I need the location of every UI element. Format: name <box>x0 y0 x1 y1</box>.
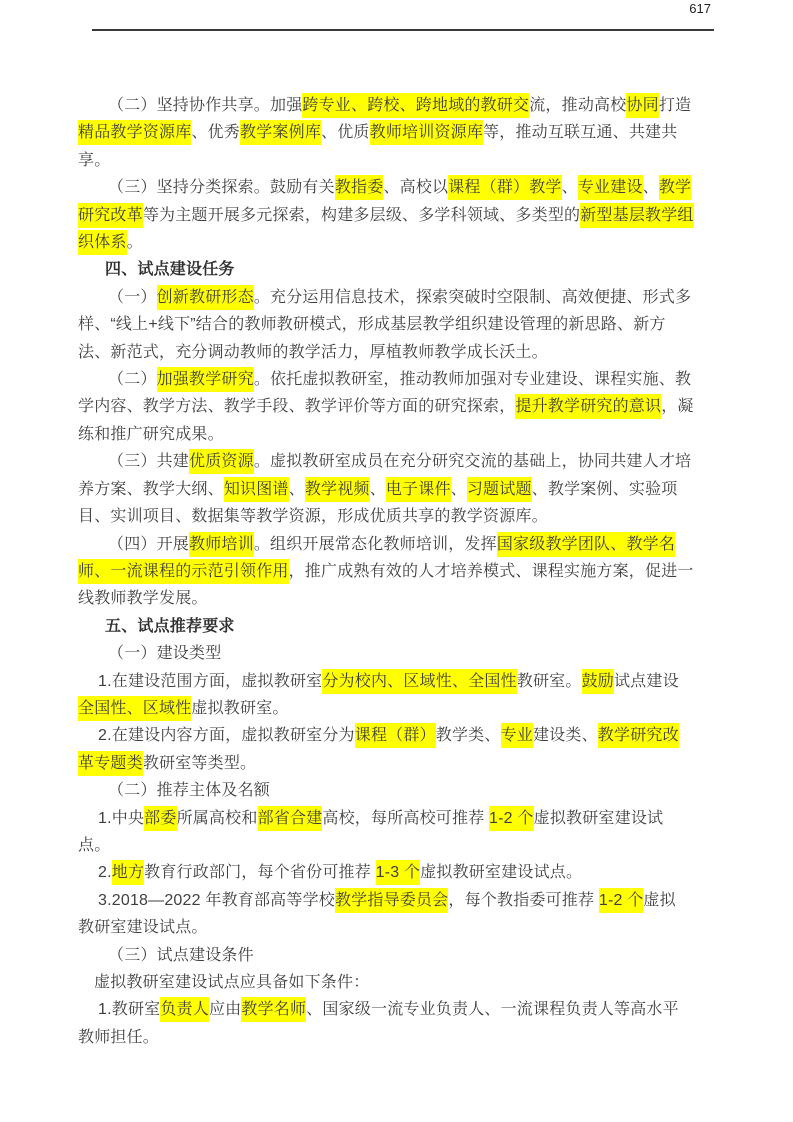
text-line: 目、实训项目、数据集等教学资源，形成优质共享的教学资源库。 <box>78 503 718 530</box>
highlighted-text: 织体系 <box>78 230 127 255</box>
highlighted-text: 跨专业、跨校、跨地域的教研交 <box>302 93 529 118</box>
text-segment: 1.教研室 <box>98 1001 160 1018</box>
text-segment: 教研室。 <box>517 673 582 690</box>
text-segment: 样、“线上+线下”结合的教师教研模式，形成基层教学组织建设管理的新思路、新方 <box>78 316 666 333</box>
highlighted-text: 全国性、区域性 <box>78 696 191 721</box>
text-segment: 、 <box>370 481 386 498</box>
highlighted-text: 1-3 个 <box>376 860 421 885</box>
text-line: 线教师教学发展。 <box>78 585 718 612</box>
text-segment: 3.2018—2022 年教育部高等学校 <box>98 892 335 909</box>
text-segment: 。组织开展常态化教师培训，发挥 <box>254 536 497 553</box>
highlighted-text: 教师培训 <box>189 532 254 557</box>
text-line: 法、新范式，充分调动教师的教学活力，厚植教师教学成长沃土。 <box>78 339 718 366</box>
text-segment: 虚拟教研室建设试点。 <box>420 864 582 881</box>
text-segment: 教研室建设试点。 <box>78 919 208 936</box>
highlighted-text: 教学案例库 <box>240 120 321 145</box>
text-segment: 高校，每所高校可推荐 <box>322 810 489 827</box>
highlighted-text: 地方 <box>112 860 144 885</box>
text-segment: 、 <box>289 481 305 498</box>
text-segment: 教师担任。 <box>78 1029 159 1046</box>
text-segment: 2. <box>98 864 112 881</box>
highlighted-text: 教学研究改 <box>598 723 679 748</box>
highlighted-text: 教学 <box>659 175 691 200</box>
section-heading: 五、试点推荐要求 <box>78 613 718 640</box>
highlighted-text: 部省合建 <box>258 806 323 831</box>
text-line: （一）建设类型 <box>78 640 718 667</box>
text-segment: ，推广成熟有效的人才培养模式、课程实施方案，促进一 <box>289 563 694 580</box>
highlighted-text: 师、一流课程的示范引领作用 <box>78 559 289 584</box>
text-segment: 四、试点建设任务 <box>105 261 235 278</box>
highlighted-text: 革专题类 <box>78 751 143 776</box>
text-line: 1.教研室负责人应由教学名师、国家级一流专业负责人、一流课程负责人等高水平 <box>78 996 718 1023</box>
text-segment: 线教师教学发展。 <box>78 590 208 607</box>
text-segment: 教育行政部门，每个省份可推荐 <box>144 864 375 881</box>
text-segment: 、高校以 <box>383 179 448 196</box>
text-segment: 、优质 <box>321 124 370 141</box>
highlighted-text: 分为校内、区域性、全国性 <box>322 669 516 694</box>
text-segment: 练和推广研究成果。 <box>78 426 224 443</box>
header-rule <box>92 29 714 31</box>
text-segment: 建设类、 <box>533 727 598 744</box>
text-line: （三）共建优质资源。虚拟教研室成员在充分研究交流的基础上，协同共建人才培 <box>78 448 718 475</box>
text-segment: 流，推动高校 <box>529 97 626 114</box>
text-line: 革专题类教研室等类型。 <box>78 750 718 777</box>
text-segment: 、 <box>562 179 578 196</box>
text-segment: 。依托虚拟教研室，推动教师加强对专业建设、课程实施、教 <box>254 371 691 388</box>
text-segment: 。 <box>127 234 143 251</box>
text-segment: （四）开展 <box>108 536 189 553</box>
text-line: （四）开展教师培训。组织开展常态化教师培训，发挥国家级教学团队、教学名 <box>78 531 718 558</box>
highlighted-text: 研究改革 <box>78 203 143 228</box>
text-line: （三）试点建设条件 <box>78 942 718 969</box>
text-line: 点。 <box>78 832 718 859</box>
text-segment: 等为主题开展多元探索，构建多层级、多学科领域、多类型的 <box>143 207 580 224</box>
highlighted-text: 提升教学研究的意识 <box>515 394 661 419</box>
highlighted-text: 教学指导委员会 <box>335 888 448 913</box>
text-line: 虚拟教研室建设试点应具备如下条件： <box>78 969 718 996</box>
text-line: 全国性、区域性虚拟教研室。 <box>78 695 718 722</box>
text-line: 1.中央部委所属高校和部省合建高校，每所高校可推荐 1-2 个虚拟教研室建设试 <box>78 805 718 832</box>
text-line: 师、一流课程的示范引领作用，推广成熟有效的人才培养模式、课程实施方案，促进一 <box>78 558 718 585</box>
text-line: （二）加强教学研究。依托虚拟教研室，推动教师加强对专业建设、课程实施、教 <box>78 366 718 393</box>
highlighted-text: 课程（群） <box>355 723 436 748</box>
text-line: 研究改革等为主题开展多元探索，构建多层级、多学科领域、多类型的新型基层教学组 <box>78 202 718 229</box>
highlighted-text: 加强教学研究 <box>157 367 254 392</box>
text-line: 教师担任。 <box>78 1024 718 1051</box>
highlighted-text: 教学名师 <box>241 997 306 1022</box>
text-segment: 。虚拟教研室成员在充分研究交流的基础上，协同共建人才培 <box>254 453 691 470</box>
text-segment: 1.在建设范围方面，虚拟教研室 <box>98 673 322 690</box>
text-segment: 目、实训项目、数据集等教学资源，形成优质共享的教学资源库。 <box>78 508 548 525</box>
highlighted-text: 习题试题 <box>467 477 532 502</box>
text-segment: 教学类、 <box>436 727 501 744</box>
text-segment: 虚拟教研室。 <box>191 700 288 717</box>
text-line: 3.2018—2022 年教育部高等学校教学指导委员会，每个教指委可推荐 1-2… <box>78 887 718 914</box>
text-line: （一）创新教研形态。充分运用信息技术，探索突破时空限制、高效便捷、形式多 <box>78 284 718 311</box>
text-segment: 虚拟教研室建设试 <box>534 810 664 827</box>
highlighted-text: 新型基层教学组 <box>580 203 693 228</box>
text-line: 养方案、教学大纲、知识图谱、教学视频、电子课件、习题试题、教学案例、实验项 <box>78 476 718 503</box>
text-segment: 虚拟 <box>643 892 675 909</box>
highlighted-text: 电子课件 <box>386 477 451 502</box>
text-segment: （二） <box>108 371 157 388</box>
text-line: （二）坚持协作共享。加强跨专业、跨校、跨地域的教研交流，推动高校协同打造 <box>78 92 718 119</box>
text-segment: 、 <box>643 179 659 196</box>
section-heading: 四、试点建设任务 <box>78 256 718 283</box>
text-segment: 虚拟教研室建设试点应具备如下条件： <box>94 974 369 991</box>
text-segment: 五、试点推荐要求 <box>105 618 235 635</box>
text-segment: （三）试点建设条件 <box>108 947 254 964</box>
highlighted-text: 鼓励 <box>582 669 614 694</box>
highlighted-text: 国家级教学团队、教学名 <box>497 532 675 557</box>
text-segment: 打造 <box>659 97 691 114</box>
highlighted-text: 教师培训资源库 <box>370 120 483 145</box>
highlighted-text: 知识图谱 <box>224 477 289 502</box>
highlighted-text: 专业 <box>501 723 533 748</box>
text-segment: 教研室等类型。 <box>143 755 256 772</box>
text-segment: 。充分运用信息技术，探索突破时空限制、高效便捷、形式多 <box>254 289 691 306</box>
text-segment: 试点建设 <box>614 673 679 690</box>
text-line: 享。 <box>78 147 718 174</box>
text-segment: 享。 <box>78 152 110 169</box>
text-segment: （二）坚持协作共享。加强 <box>108 97 302 114</box>
text-line: 精品教学资源库、优秀教学案例库、优质教师培训资源库等，推动互联互通、共建共 <box>78 119 718 146</box>
text-segment: （二）推荐主体及名额 <box>108 782 270 799</box>
text-line: 样、“线上+线下”结合的教师教研模式，形成基层教学组织建设管理的新思路、新方 <box>78 311 718 338</box>
text-segment: 养方案、教学大纲、 <box>78 481 224 498</box>
text-segment: 所属高校和 <box>177 810 258 827</box>
text-segment: （三）坚持分类探索。鼓励有关 <box>108 179 335 196</box>
text-segment: 等，推动互联互通、共建共 <box>483 124 677 141</box>
highlighted-text: 1-2 个 <box>489 806 534 831</box>
highlighted-text: 课程（群）教学 <box>448 175 561 200</box>
text-segment: 1.中央 <box>98 810 144 827</box>
text-segment: 、教学案例、实验项 <box>532 481 678 498</box>
text-segment: （一）建设类型 <box>108 645 221 662</box>
page-number: 617 <box>689 1 711 16</box>
text-line: 学内容、教学方法、教学手段、教学评价等方面的研究探索，提升教学研究的意识，凝 <box>78 393 718 420</box>
text-segment: ，凝 <box>661 398 693 415</box>
highlighted-text: 负责人 <box>160 997 209 1022</box>
text-segment: （三）共建 <box>108 453 189 470</box>
text-segment: 应由 <box>209 1001 241 1018</box>
highlighted-text: 协同 <box>626 93 658 118</box>
text-segment: 法、新范式，充分调动教师的教学活力，厚植教师教学成长沃土。 <box>78 344 548 361</box>
highlighted-text: 部委 <box>144 806 176 831</box>
text-line: （三）坚持分类探索。鼓励有关教指委、高校以课程（群）教学、专业建设、教学 <box>78 174 718 201</box>
text-segment: 、优秀 <box>191 124 240 141</box>
highlighted-text: 1-2 个 <box>599 888 644 913</box>
text-line: 织体系。 <box>78 229 718 256</box>
text-line: 1.在建设范围方面，虚拟教研室分为校内、区域性、全国性教研室。鼓励试点建设 <box>78 668 718 695</box>
text-line: 2.在建设内容方面，虚拟教研室分为课程（群）教学类、专业建设类、教学研究改 <box>78 722 718 749</box>
text-segment: 学内容、教学方法、教学手段、教学评价等方面的研究探索， <box>78 398 515 415</box>
document-body: （二）坚持协作共享。加强跨专业、跨校、跨地域的教研交流，推动高校协同打造精品教学… <box>78 92 718 1051</box>
highlighted-text: 优质资源 <box>189 449 254 474</box>
text-segment: 点。 <box>78 837 110 854</box>
highlighted-text: 教学视频 <box>305 477 370 502</box>
highlighted-text: 精品教学资源库 <box>78 120 191 145</box>
text-segment: （一） <box>108 289 157 306</box>
text-segment: ，每个教指委可推荐 <box>448 892 598 909</box>
highlighted-text: 教指委 <box>335 175 384 200</box>
text-line: （二）推荐主体及名额 <box>78 777 718 804</box>
highlighted-text: 创新教研形态 <box>157 285 254 310</box>
highlighted-text: 专业建设 <box>578 175 643 200</box>
text-segment: 、国家级一流专业负责人、一流课程负责人等高水平 <box>306 1001 679 1018</box>
text-line: 2.地方教育行政部门，每个省份可推荐 1-3 个虚拟教研室建设试点。 <box>78 859 718 886</box>
text-segment: 、 <box>451 481 467 498</box>
text-line: 教研室建设试点。 <box>78 914 718 941</box>
text-line: 练和推广研究成果。 <box>78 421 718 448</box>
text-segment: 2.在建设内容方面，虚拟教研室分为 <box>98 727 355 744</box>
